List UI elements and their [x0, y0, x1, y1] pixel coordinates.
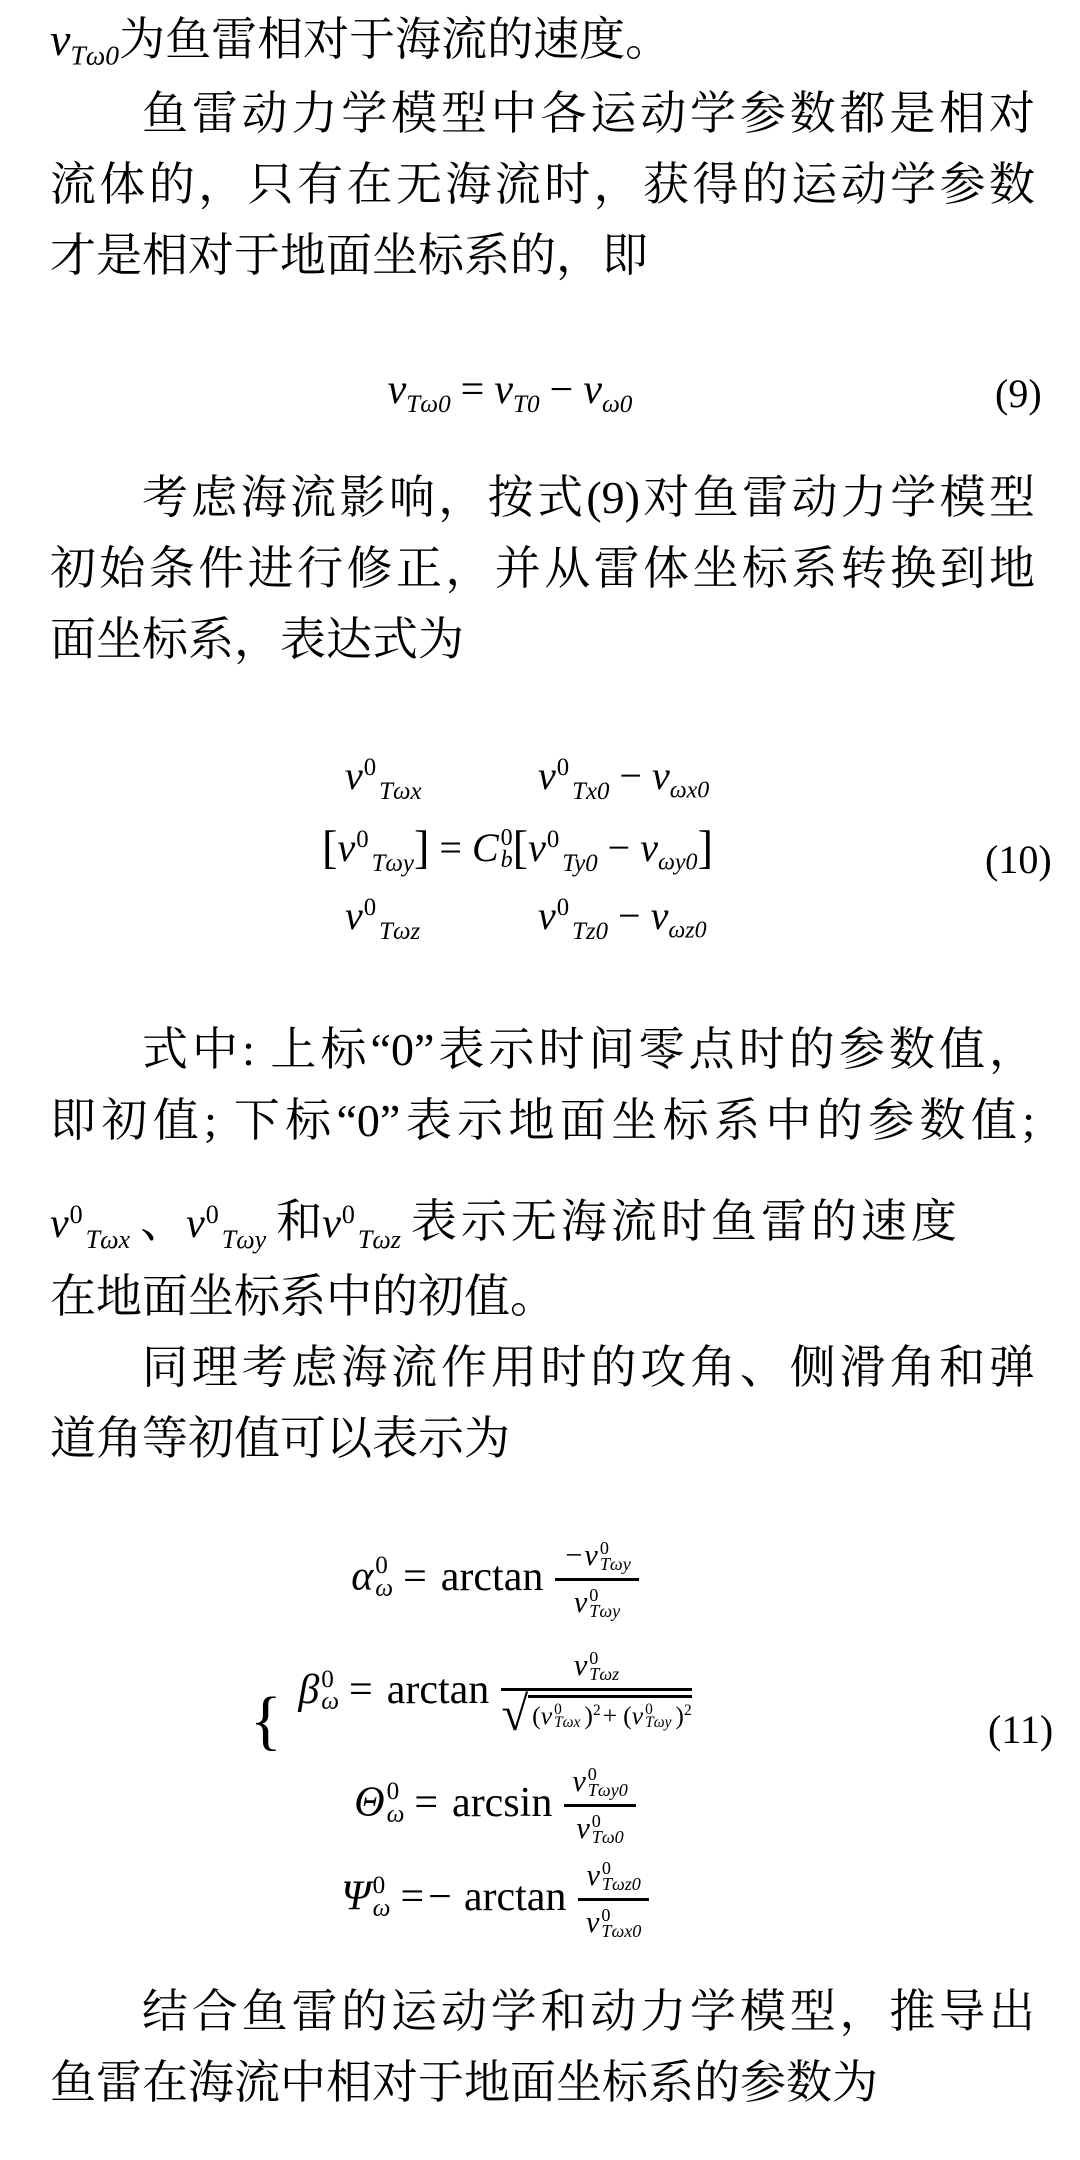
denominator: v0Tωx0: [578, 1901, 648, 1941]
matrix-middle-row: [v0Tωy]=C0b[v0Ty0−vωy0]: [322, 822, 713, 876]
numerator: v0Tωz0: [578, 1858, 648, 1901]
math-script-stack: 0b: [501, 828, 513, 871]
right-paren: ): [675, 1701, 684, 1730]
math-var: v: [322, 1201, 341, 1247]
math-var: v: [388, 367, 407, 413]
math-subscript: Tωy: [645, 1716, 671, 1730]
math-subscript: Tωz: [379, 918, 420, 945]
square-root: √(v0Tωx)2+(v0Tωy)2: [501, 1695, 691, 1733]
right-bracket: ]: [698, 823, 713, 874]
math-var: v: [574, 1585, 587, 1619]
math-var: v: [586, 1858, 599, 1892]
numerator: v0Tωz: [501, 1648, 691, 1691]
left-bracket: [: [513, 823, 528, 874]
equation-10-label: (10): [985, 836, 1052, 883]
math-subscript: Tωy: [589, 1603, 620, 1619]
math-subscript: ωy0: [658, 849, 698, 875]
math-var: v: [583, 367, 602, 413]
equals-sign: =: [439, 825, 462, 870]
text: 表示无海流时鱼雷的速度: [411, 1196, 961, 1247]
math-subscript: T0: [513, 391, 540, 418]
text-line-12: 同理考虑海流作用时的攻角、侧滑角和弹: [50, 1338, 1035, 1398]
math-subscript: b: [501, 850, 513, 872]
text-line-14: 结合鱼雷的运动学和动力学模型，推导出: [50, 1982, 1035, 2042]
function-name: arctan: [464, 1874, 567, 1920]
function-name: arctan: [441, 1554, 544, 1600]
equation-11-beta: β0ω=arctanv0Tωz√(v0Tωx)2+(v0Tωy)2: [50, 1648, 940, 1738]
equation-9-label: (9): [995, 370, 1042, 417]
text-line-1: vTω0为鱼雷相对于海流的速度。: [50, 10, 1035, 86]
math-subscript: Tω0: [70, 40, 119, 71]
math-var: v: [576, 1811, 589, 1845]
math-var: v: [538, 893, 556, 938]
function-name: arctan: [387, 1667, 490, 1713]
math-subscript: Tωx: [86, 1225, 130, 1254]
math-var: Ψ: [341, 1874, 371, 1920]
radicand: (v0Tωx)2+(v0Tωy)2: [528, 1695, 692, 1732]
math-script-stack: 0Tωy: [589, 1587, 620, 1620]
math-subscript: Tωx: [379, 778, 421, 805]
math-subscript: Tω0: [592, 1829, 624, 1845]
math-subscript: ωz0: [668, 917, 706, 943]
plus-sign: +: [603, 1701, 618, 1730]
math-subscript: Tωy: [600, 1556, 631, 1572]
math-script-stack: 0Tωz0: [602, 1860, 641, 1893]
equals-sign: =: [414, 1780, 438, 1826]
math-subscript: Tωx: [554, 1716, 580, 1730]
math-var: v: [494, 367, 513, 413]
function-name: arcsin: [452, 1780, 552, 1826]
inline-math-group: v0Tωx: [50, 1201, 140, 1247]
radical-sign: √: [501, 1695, 528, 1733]
text: 为鱼雷相对于海流的速度。: [119, 14, 671, 65]
math-var: v: [574, 1648, 587, 1682]
equals-sign: =: [403, 1554, 427, 1600]
math-script-stack: 0Tωy: [600, 1540, 631, 1573]
denominator: v0Tω0: [564, 1807, 635, 1847]
math-var: β: [298, 1667, 319, 1713]
math-superscript: 0: [547, 826, 559, 853]
math-var: v: [652, 753, 670, 798]
math-subscript: Tωx0: [601, 1923, 641, 1939]
minus-sign: −: [608, 825, 631, 870]
minus-sign: −: [619, 753, 642, 798]
matrix-cell-left: v0Tωz: [345, 892, 420, 939]
math-superscript: 0: [70, 1200, 83, 1229]
math-var: v: [538, 753, 556, 798]
math-var: v: [632, 1701, 643, 1730]
math-subscript: Tωz: [589, 1666, 619, 1682]
fraction: v0Tωz√(v0Tωx)2+(v0Tωy)2: [501, 1648, 691, 1738]
text-line-7: 面坐标系，表达式为: [50, 610, 1035, 670]
math-script-stack: 0Tωy: [645, 1703, 671, 1731]
separator: 、: [140, 1196, 186, 1247]
text-line-6: 初始条件进行修正，并从雷体坐标系转换到地: [50, 539, 1035, 599]
numerator: −v0Tωy: [555, 1538, 638, 1581]
math-var: v: [584, 1538, 597, 1572]
text-line-13: 道角等初值可以表示为: [50, 1409, 1035, 1469]
exponent-2: 2: [684, 1702, 692, 1719]
math-subscript: Tx0: [572, 778, 609, 805]
text-line-5: 考虑海流影响，按式(9)对鱼雷动力学模型: [50, 468, 1035, 528]
document-page: vTω0为鱼雷相对于海流的速度。 鱼雷动力学模型中各运动学参数都是相对 流体的，…: [0, 0, 1080, 2160]
math-subscript: ω: [387, 1804, 405, 1827]
math-var: v: [640, 825, 658, 870]
math-superscript: 0: [356, 826, 368, 853]
denominator: v0Tωy: [555, 1581, 638, 1621]
minus-sign: −: [618, 893, 641, 938]
math-var: v: [345, 753, 363, 798]
right-paren: ): [584, 1701, 593, 1730]
equation-10-row-3: v0Tωz v0Tz0−vωz0: [0, 892, 1080, 976]
denominator: √(v0Tωx)2+(v0Tωy)2: [501, 1691, 691, 1738]
math-subscript: Ty0: [562, 850, 597, 877]
numerator: v0Tωy0: [564, 1764, 635, 1807]
math-var: v: [337, 825, 355, 870]
equation-11-psi: Ψ0ω=−arctanv0Tωz0v0Tωx0: [50, 1858, 940, 1942]
text-line-9: 即初值; 下标“0”表示地面坐标系中的参数值;: [50, 1091, 1035, 1151]
math-superscript: 0: [206, 1200, 219, 1229]
math-var: v: [50, 1201, 69, 1247]
math-script-stack: 0Tωz: [589, 1650, 619, 1683]
left-bracket: [: [322, 823, 337, 874]
math-superscript: 0: [557, 894, 569, 921]
matrix-cell-right: v0Tx0−vωx0: [538, 752, 709, 804]
inline-math-group: v0Tωz: [322, 1201, 411, 1247]
text-line-10: v0Tωx、v0Tωy和v0Tωz表示无海流时鱼雷的速度: [50, 1192, 1035, 1259]
math-script-stack: 0ω: [373, 1875, 391, 1920]
minus-sign: −: [428, 1874, 452, 1920]
math-script-stack: 0ω: [375, 1555, 393, 1600]
matrix-cell-right: v0Tz0−vωz0: [538, 892, 707, 944]
fraction: v0Tωy0v0Tω0: [564, 1764, 635, 1848]
math-subscript: ω: [375, 1578, 393, 1601]
equation-9: vTω0=vT0−vω0: [50, 366, 970, 419]
matrix-cell-left: v0Tωx: [345, 752, 421, 799]
math-subscript: Tωz: [358, 1225, 401, 1254]
math-superscript: 0: [364, 894, 376, 921]
text-line-11: 在地面坐标系中的初值。: [50, 1267, 1035, 1327]
math-superscript: 0: [364, 754, 376, 781]
equation-11-alpha: α0ω=arctan−v0Tωyv0Tωy: [50, 1538, 940, 1622]
left-paren: (: [532, 1701, 541, 1730]
math-subscript: Tωy: [372, 850, 414, 877]
math-subscript: ωx0: [670, 777, 710, 803]
math-subscript: Tωz0: [602, 1876, 641, 1892]
math-subscript: Tωy0: [588, 1782, 628, 1798]
math-subscript: ω: [321, 1691, 339, 1714]
text-line-15: 鱼雷在海流中相对于地面坐标系的参数为: [50, 2053, 1035, 2113]
equation-11-label: (11): [988, 1706, 1053, 1753]
math-script-stack: 0ω: [321, 1669, 339, 1714]
equals-sign: =: [461, 367, 485, 413]
math-var: v: [651, 893, 669, 938]
minus-sign: −: [565, 1538, 582, 1572]
math-subscript: Tωy: [222, 1225, 266, 1254]
math-script-stack: 0ω: [387, 1781, 405, 1826]
math-var: C: [472, 825, 499, 870]
math-script-stack: 0Tωx0: [601, 1907, 641, 1940]
math-script-stack: 0Tωy0: [588, 1766, 628, 1799]
text-line-8: 式中: 上标“0”表示时间零点时的参数值，: [50, 1020, 1035, 1080]
math-superscript: 0: [557, 754, 569, 781]
equals-sign: =: [400, 1874, 424, 1920]
math-superscript: 0: [342, 1200, 355, 1229]
text-line-2: 鱼雷动力学模型中各运动学参数都是相对: [50, 84, 1035, 144]
math-script-stack: 0Tω0: [592, 1813, 624, 1846]
text-line-4: 才是相对于地面坐标系的，即: [50, 226, 1035, 286]
math-subscript: ω: [373, 1898, 391, 1921]
math-var: v: [528, 825, 546, 870]
fraction: −v0Tωyv0Tωy: [555, 1538, 638, 1622]
math-var: v: [541, 1701, 552, 1730]
math-script-stack: 0Tωx: [554, 1703, 580, 1731]
exponent-2: 2: [593, 1702, 601, 1719]
inline-math-group: v0Tωy: [186, 1201, 276, 1247]
math-var: v: [345, 893, 363, 938]
minus-sign: −: [550, 367, 574, 413]
text-line-3: 流体的，只有在无海流时，获得的运动学参数: [50, 155, 1035, 215]
equation-11-theta: Θ0ω=arcsinv0Tωy0v0Tω0: [50, 1764, 940, 1848]
separator: 和: [276, 1196, 322, 1247]
math-var: v: [50, 14, 70, 65]
math-var: Θ: [354, 1780, 384, 1826]
math-subscript: Tz0: [572, 918, 608, 945]
math-subscript: ω0: [602, 391, 632, 418]
math-subscript: Tω0: [406, 391, 450, 418]
equals-sign: =: [349, 1667, 373, 1713]
fraction: v0Tωz0v0Tωx0: [578, 1858, 648, 1942]
math-var: α: [351, 1554, 373, 1600]
math-var: v: [586, 1905, 599, 1939]
right-bracket: ]: [414, 823, 429, 874]
math-var: v: [186, 1201, 205, 1247]
left-paren: (: [623, 1701, 632, 1730]
math-var: v: [572, 1764, 585, 1798]
